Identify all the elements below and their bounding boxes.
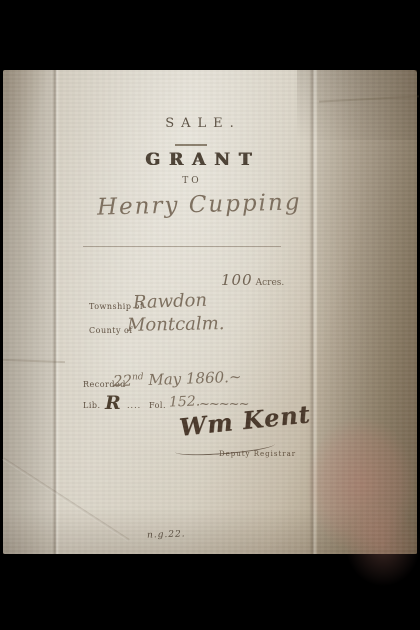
folio-label: Fol. xyxy=(149,401,166,410)
fold-shading-left xyxy=(3,70,55,554)
pink-stain-small xyxy=(333,490,420,600)
liber-value: R xyxy=(105,392,121,414)
scan-background: SALE. GRANT TO Henry Cupping 100Acres. T… xyxy=(0,0,420,630)
liber-dots: .... xyxy=(127,401,141,410)
recorded-day: 22 xyxy=(113,372,133,391)
acreage-line: 100Acres. xyxy=(221,270,284,289)
township-value: Rawdon xyxy=(133,290,208,314)
signature-title: Deputy Registrar xyxy=(219,450,296,458)
recorded-day-suffix: nd xyxy=(132,372,144,382)
document-title: SALE. xyxy=(123,116,283,131)
vertical-fold-crease-left xyxy=(52,70,59,554)
to-label: TO xyxy=(101,176,283,186)
grantee-name: Henry Cupping xyxy=(97,189,302,220)
archival-note: n.g.22. xyxy=(147,529,186,540)
county-value: Montcalm. xyxy=(127,313,225,336)
acreage-unit-label: Acres. xyxy=(256,278,285,288)
document-type-heading: GRANT xyxy=(101,150,305,170)
recorded-date: 22nd May 1860.~ xyxy=(113,368,241,390)
liber-label: Lib. xyxy=(83,401,101,410)
document-sheet: SALE. GRANT TO Henry Cupping 100Acres. T… xyxy=(3,70,417,554)
recorded-flourish: ~ xyxy=(229,368,241,386)
folio-value: 152. xyxy=(169,393,201,410)
title-rule xyxy=(175,144,207,146)
acreage-value: 100 xyxy=(221,271,253,289)
grantee-rule xyxy=(83,246,281,247)
recorded-rest: May 1860. xyxy=(143,368,229,389)
